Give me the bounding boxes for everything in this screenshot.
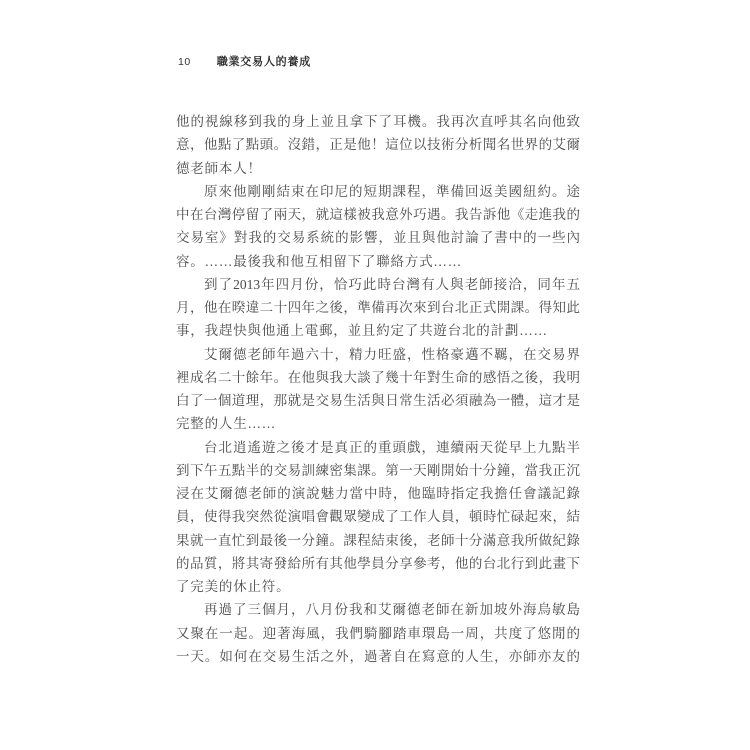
page-number: 10 bbox=[178, 56, 191, 68]
text-line: 到了2013年四月份，恰巧此時台灣有人與老師接洽，同年五 bbox=[176, 273, 580, 296]
text-line: 再過了三個月，八月份我和艾爾德老師在新加坡外海烏敏島 bbox=[176, 598, 580, 621]
page-header: 10職業交易人的養成 bbox=[178, 53, 311, 69]
text-line: 果就一直忙到最後一分鐘。課程結束後，老師十分滿意我所做紀錄 bbox=[176, 529, 580, 552]
running-title: 職業交易人的養成 bbox=[217, 56, 311, 68]
text-line: 原來他剛剛結束在印尼的短期課程，準備回返美國紐約。途 bbox=[176, 180, 580, 203]
body-text: 他的視線移到我的身上並且拿下了耳機。我再次直呼其名向他致 意，他點了點頭。沒錯，… bbox=[176, 110, 580, 668]
text-line: 他的視線移到我的身上並且拿下了耳機。我再次直呼其名向他致 bbox=[176, 110, 580, 133]
text-line: 交易室》對我的交易系統的影響，並且與他討論了書中的一些內 bbox=[176, 226, 580, 249]
text-line: 到下午五點半的交易訓練密集課。第一天剛開始十分鐘，當我正沉 bbox=[176, 459, 580, 482]
text-line: 了完美的休止符。 bbox=[176, 575, 580, 598]
text-line: 容。……最後我和他互相留下了聯絡方式…… bbox=[176, 250, 580, 273]
text-line: 的品質，將其寄發給所有其他學員分享參考，他的台北行到此畫下 bbox=[176, 552, 580, 575]
text-line: 意，他點了點頭。沒錯，正是他！這位以技術分析聞名世界的艾爾 bbox=[176, 133, 580, 156]
text-line: 月，他在暌違二十四年之後，準備再次來到台北正式開課。得知此 bbox=[176, 296, 580, 319]
text-line: 白了一個道理，那就是交易生活與日常生活必須融為一體，這才是 bbox=[176, 389, 580, 412]
text-line: 浸在艾爾德老師的演說魅力當中時，他臨時指定我擔任會議記錄 bbox=[176, 482, 580, 505]
text-line: 台北逍遙遊之後才是真正的重頭戲，連續兩天從早上九點半 bbox=[176, 436, 580, 459]
text-line: 員，使得我突然從演唱會觀眾變成了工作人員，頓時忙碌起來，結 bbox=[176, 505, 580, 528]
text-line: 事，我趕快與他通上電郵，並且約定了共遊台北的計劃…… bbox=[176, 319, 580, 342]
text-line: 完整的人生…… bbox=[176, 412, 580, 435]
text-line: 中在台灣停留了兩天，就這樣被我意外巧遇。我告訴他《走進我的 bbox=[176, 203, 580, 226]
text-line: 裡成名二十餘年。在他與我大談了幾十年對生命的感悟之後，我明 bbox=[176, 366, 580, 389]
text-line: 艾爾德老師年過六十，精力旺盛，性格豪邁不羈，在交易界 bbox=[176, 343, 580, 366]
text-line: 一天。如何在交易生活之外，過著自在寫意的人生，亦師亦友的 bbox=[176, 645, 580, 668]
text-line: 德老師本人！ bbox=[176, 157, 580, 180]
text-line: 又聚在一起。迎著海風，我們騎腳踏車環島一周，共度了悠閒的 bbox=[176, 622, 580, 645]
book-page: 10職業交易人的養成 他的視線移到我的身上並且拿下了耳機。我再次直呼其名向他致 … bbox=[0, 0, 750, 750]
